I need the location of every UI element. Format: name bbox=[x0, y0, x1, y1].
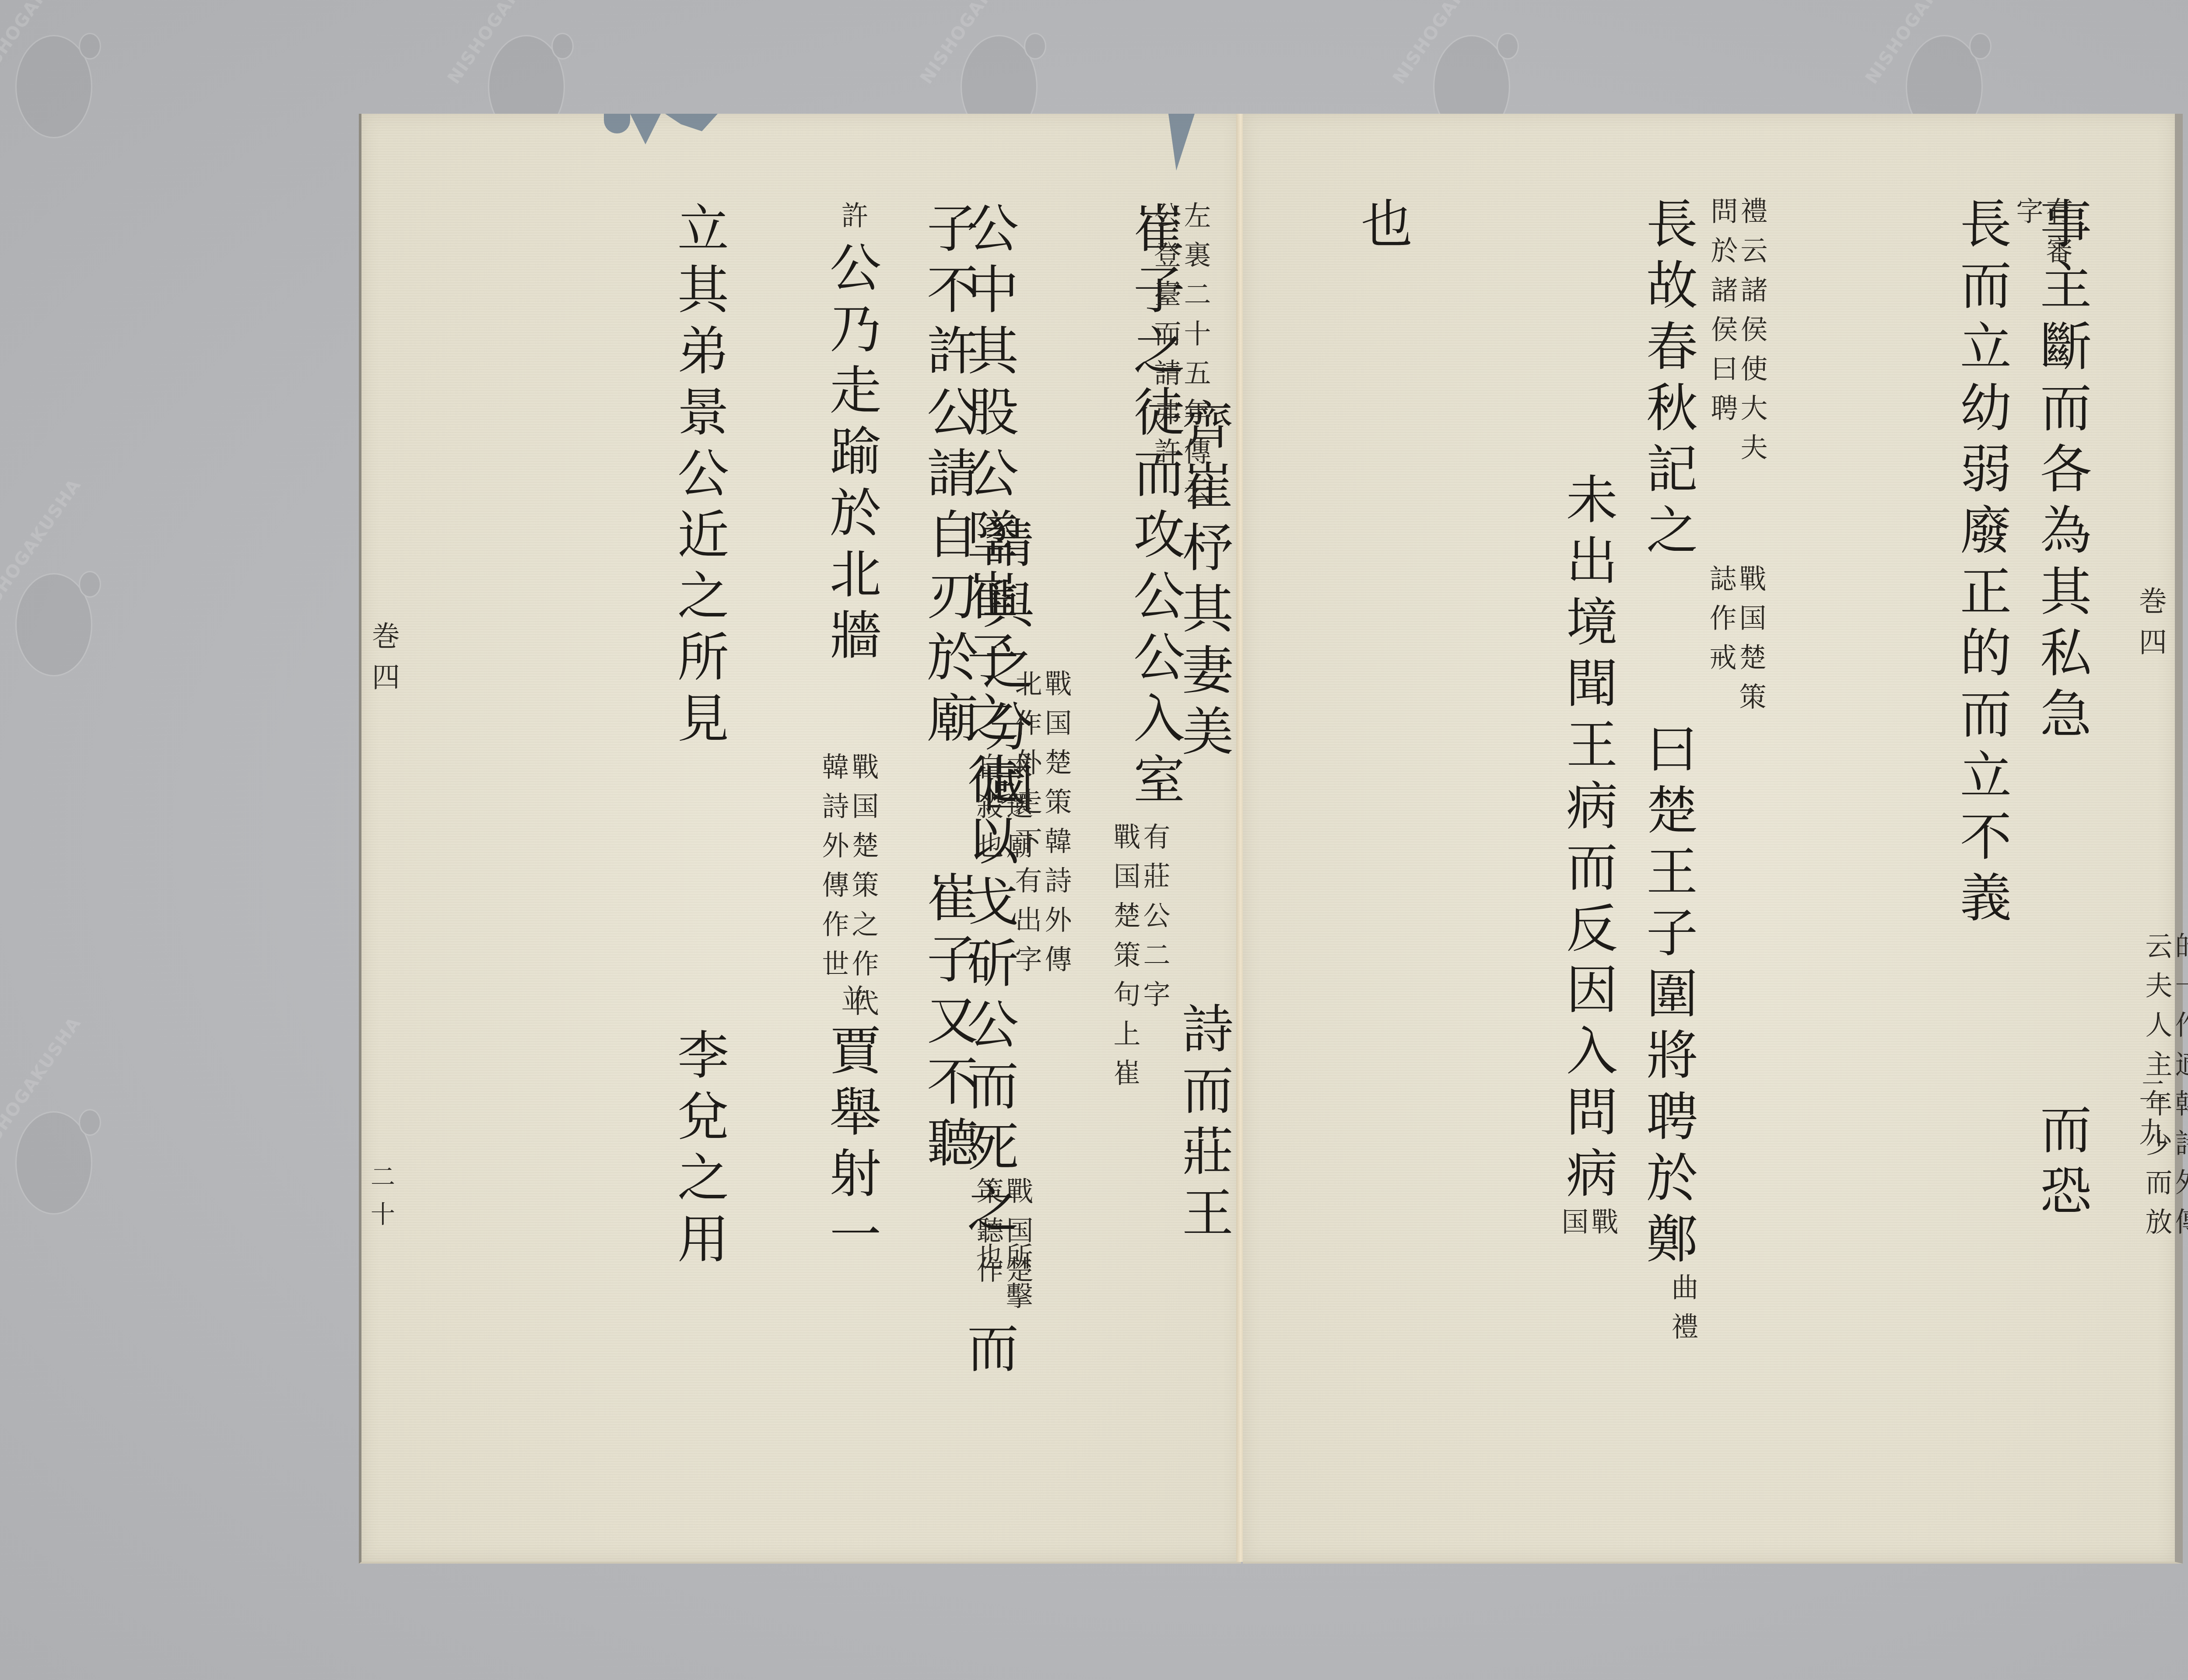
commentary-line: 禮云諸侯使大夫 bbox=[1738, 197, 1765, 472]
commentary-annotation: 所擊也 bbox=[947, 1242, 1031, 1321]
commentary-line: 国 bbox=[1559, 1207, 1586, 1247]
left-margin-bottom-label: 二十 bbox=[363, 1164, 398, 1239]
commentary-annotation: 曲禮 bbox=[1639, 1273, 1696, 1352]
right-margin-volume-label: 巻四 bbox=[2130, 586, 2170, 668]
open-book: 楚策無因入二字以其冠纓絞王而殺之遂自立此戰国楚策遂作因〇事見左昭元年傳齊崔杼其妻… bbox=[359, 114, 2184, 1562]
commentary-line: 韓詩外傳作世 bbox=[820, 752, 847, 1028]
main-text: 而 bbox=[963, 1321, 1014, 1382]
commentary-line: 所擊 bbox=[1003, 1242, 1031, 1321]
main-text: 公中其股公墜崔子之徒以戈斫公而死之 bbox=[963, 201, 1014, 1242]
left-margin-volume-label: 巻四 bbox=[363, 621, 403, 703]
commentary-annotation: 戰国 bbox=[1559, 1207, 1616, 1247]
commentary-line: 問於諸侯曰聘 bbox=[1708, 197, 1736, 472]
main-text: 立其弟景公近之所見 bbox=[673, 201, 725, 752]
commentary-annotation: 禮云諸侯使大夫問於諸侯曰聘 bbox=[1410, 197, 1765, 472]
right-page: 楚策察上此謂劫殺死亡之主言也作謂為當人無法術有審字以御其臣人下脫主字雖長年而美材… bbox=[1243, 114, 2183, 1564]
commentary-line: 戰 bbox=[1589, 1207, 1616, 1247]
commentary-line: 也 bbox=[974, 1242, 1001, 1321]
text-column: 立其弟景公近之所見戰国楚策之作代韓詩外傳作世李兌之用 bbox=[466, 201, 931, 1273]
commentary-line: 曲禮 bbox=[1669, 1273, 1696, 1352]
commentary-annotation: 戰国楚策之作代韓詩外傳作世 bbox=[521, 752, 877, 1028]
text-column: 禮云諸侯使大夫問於諸侯曰聘未出境聞王病而反因入問病戰国 bbox=[1278, 197, 1897, 1247]
commentary-line: 戰国楚策之作代 bbox=[849, 752, 877, 1028]
main-text: 未出境聞王病而反因入問病 bbox=[1562, 472, 1613, 1207]
right-margin-page-number: 二九 bbox=[2130, 1076, 2170, 1158]
main-text: 李兌之用 bbox=[673, 1028, 725, 1273]
left-page: 楚策無因入二字以其冠纓絞王而殺之遂自立此戰国楚策遂作因〇事見左昭元年傳齊崔杼其妻… bbox=[359, 114, 1241, 1564]
